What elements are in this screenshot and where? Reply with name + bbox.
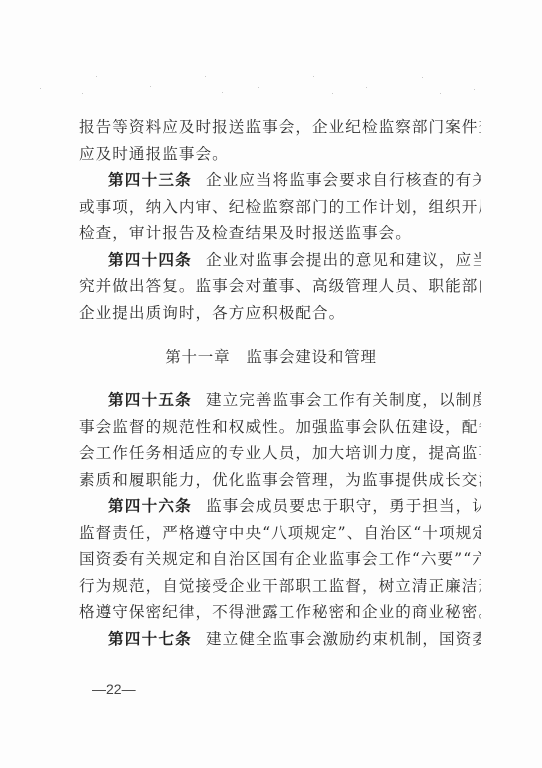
scan-artifact xyxy=(332,93,333,94)
scan-artifact xyxy=(40,88,41,89)
article-number: 第四十五条 xyxy=(108,390,192,409)
page-number: —22— xyxy=(92,681,136,697)
text-line: 检查，审计报告及检查结果及时报送监事会。 xyxy=(79,223,481,243)
chapter-heading: 第十一章监事会建设和管理 xyxy=(0,347,542,367)
article-43-line: 第四十三条企业应当将监事会要求自行核查的有关问题 xyxy=(108,170,481,190)
document-page: 报告等资料应及时报送监事会，企业纪检监察部门案件查处结果 应及时通报监事会。 第… xyxy=(0,0,542,768)
scan-artifact xyxy=(366,87,367,88)
line-text: 建立完善监事会工作有关制度，以制度保障监 xyxy=(206,391,481,409)
scan-artifact xyxy=(474,89,475,90)
article-44-line: 第四十四条企业对监事会提出的意见和建议，应当及时研 xyxy=(108,250,481,270)
scan-artifact xyxy=(440,93,441,94)
line-text: 应及时通报监事会。 xyxy=(79,145,229,163)
article-47-line: 第四十七条建立健全监事会激励约束机制，国资委对派出 xyxy=(108,629,481,649)
line-text: 或事项，纳入内审、纪检监察部门的工作计划，组织开展审计或 xyxy=(79,198,481,216)
line-text: 报告等资料应及时报送监事会，企业纪检监察部门案件查处结果 xyxy=(79,118,481,136)
scan-artifact xyxy=(150,86,151,87)
scan-artifact xyxy=(258,87,259,88)
scan-artifact xyxy=(222,92,223,93)
text-line: 究并做出答复。监事会对董事、高级管理人员、职能部门和所属 xyxy=(79,276,481,296)
scan-artifact xyxy=(205,76,206,77)
line-text: 企业对监事会提出的意见和建议，应当及时研 xyxy=(206,251,481,269)
scan-artifact xyxy=(313,76,314,77)
article-number: 第四十三条 xyxy=(108,170,192,189)
text-line: 事会监督的规范性和权威性。加强监事会队伍建设，配备与监事 xyxy=(79,417,481,437)
line-text: 国资委有关规定和自治区国有企业监事会工作“六要”“六不” xyxy=(79,550,481,568)
line-text: 究并做出答复。监事会对董事、高级管理人员、职能部门和所属 xyxy=(79,277,481,295)
line-text: 行为规范，自觉接受企业干部职工监督，树立清正廉洁形象。严 xyxy=(79,577,481,595)
line-text: 检查，审计报告及检查结果及时报送监事会。 xyxy=(79,224,412,242)
article-45-line: 第四十五条建立完善监事会工作有关制度，以制度保障监 xyxy=(108,390,481,410)
chapter-title: 监事会建设和管理 xyxy=(246,348,376,366)
text-line: 行为规范，自觉接受企业干部职工监督，树立清正廉洁形象。严 xyxy=(79,576,481,596)
text-line: 国资委有关规定和自治区国有企业监事会工作“六要”“六不” xyxy=(79,549,481,569)
line-text: 监事会成员要忠于职守，勇于担当，认真履行 xyxy=(206,497,481,515)
text-line: 素质和履职能力，优化监事会管理，为监事提供成长交流的机会。 xyxy=(79,470,481,490)
article-number: 第四十六条 xyxy=(108,496,192,515)
text-line: 会工作任务相适应的专业人员，加大培训力度，提高监事的专业 xyxy=(79,443,481,463)
line-text: 格遵守保密纪律，不得泄露工作秘密和企业的商业秘密。 xyxy=(79,603,481,621)
line-text: 事会监督的规范性和权威性。加强监事会队伍建设，配备与监事 xyxy=(79,418,481,436)
article-number: 第四十七条 xyxy=(108,629,192,648)
chapter-number: 第十一章 xyxy=(165,348,230,366)
scan-artifact xyxy=(82,93,83,94)
text-line: 企业提出质询时，各方应积极配合。 xyxy=(79,303,481,323)
text-line: 报告等资料应及时报送监事会，企业纪检监察部门案件查处结果 xyxy=(79,117,481,137)
text-line: 应及时通报监事会。 xyxy=(79,144,481,164)
line-text: 会工作任务相适应的专业人员，加大培训力度，提高监事的专业 xyxy=(79,444,481,462)
scan-artifact xyxy=(422,77,423,78)
line-text: 建立健全监事会激励约束机制，国资委对派出 xyxy=(206,630,481,648)
article-46-line: 第四十六条监事会成员要忠于职守，勇于担当，认真履行 xyxy=(108,496,481,516)
scan-artifact xyxy=(96,76,97,77)
line-text: 企业提出质询时，各方应积极配合。 xyxy=(79,304,345,322)
article-number: 第四十四条 xyxy=(108,250,192,269)
text-line: 监督责任，严格遵守中央“八项规定”、自治区“十项规定”、 xyxy=(79,523,481,543)
line-text: 企业应当将监事会要求自行核查的有关问题 xyxy=(206,171,481,189)
text-line: 或事项，纳入内审、纪检监察部门的工作计划，组织开展审计或 xyxy=(79,197,481,217)
text-line: 格遵守保密纪律，不得泄露工作秘密和企业的商业秘密。 xyxy=(79,602,481,622)
line-text: 素质和履职能力，优化监事会管理，为监事提供成长交流的机会。 xyxy=(79,471,481,489)
line-text: 监督责任，严格遵守中央“八项规定”、自治区“十项规定”、 xyxy=(79,524,481,542)
